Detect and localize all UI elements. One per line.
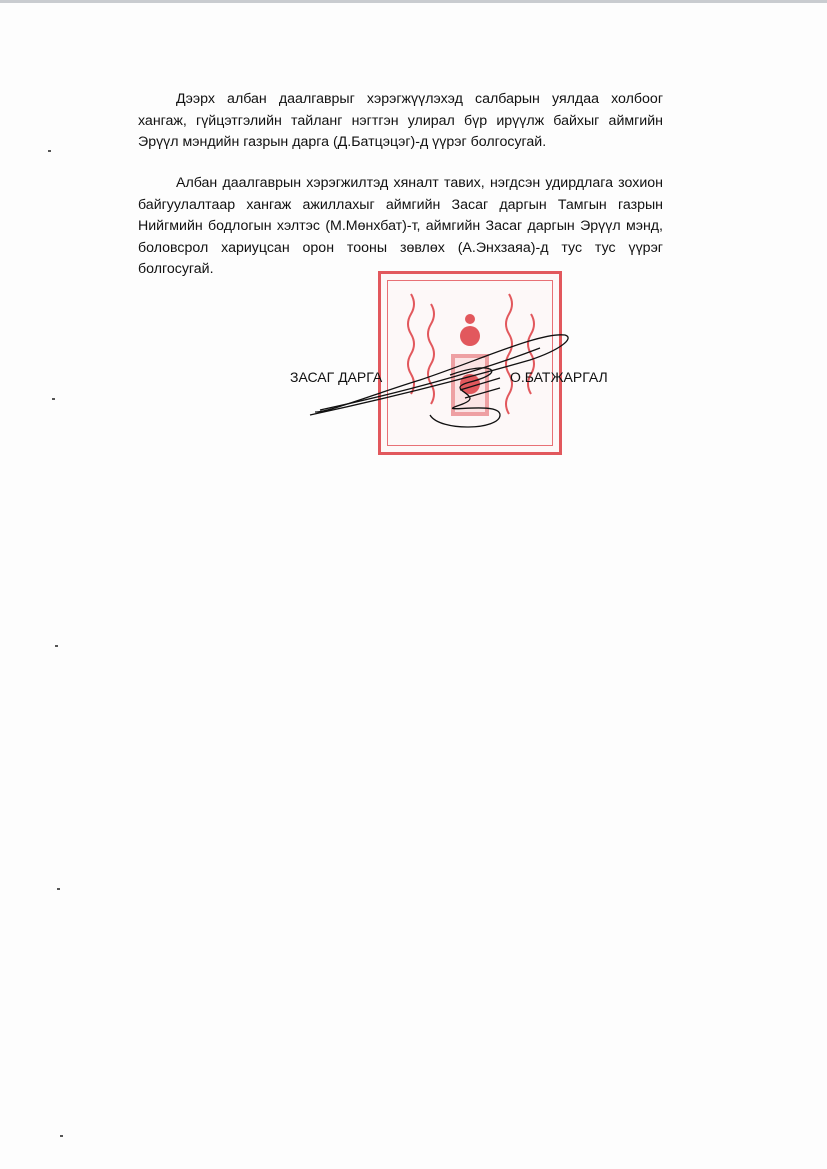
- handwritten-signature: [300, 320, 600, 430]
- paragraph-2: Албан даалгаврын хэрэгжилтэд хяналт тави…: [138, 173, 663, 281]
- scan-mark: [57, 888, 60, 890]
- scan-mark: [52, 398, 55, 400]
- page-top-edge: [0, 0, 827, 3]
- scan-mark: [48, 150, 51, 152]
- scan-mark: [55, 645, 58, 647]
- paragraph-1: Дээрх албан даалгаврыг хэрэгжүүлэхэд сал…: [138, 89, 663, 154]
- scan-mark: [60, 1135, 63, 1137]
